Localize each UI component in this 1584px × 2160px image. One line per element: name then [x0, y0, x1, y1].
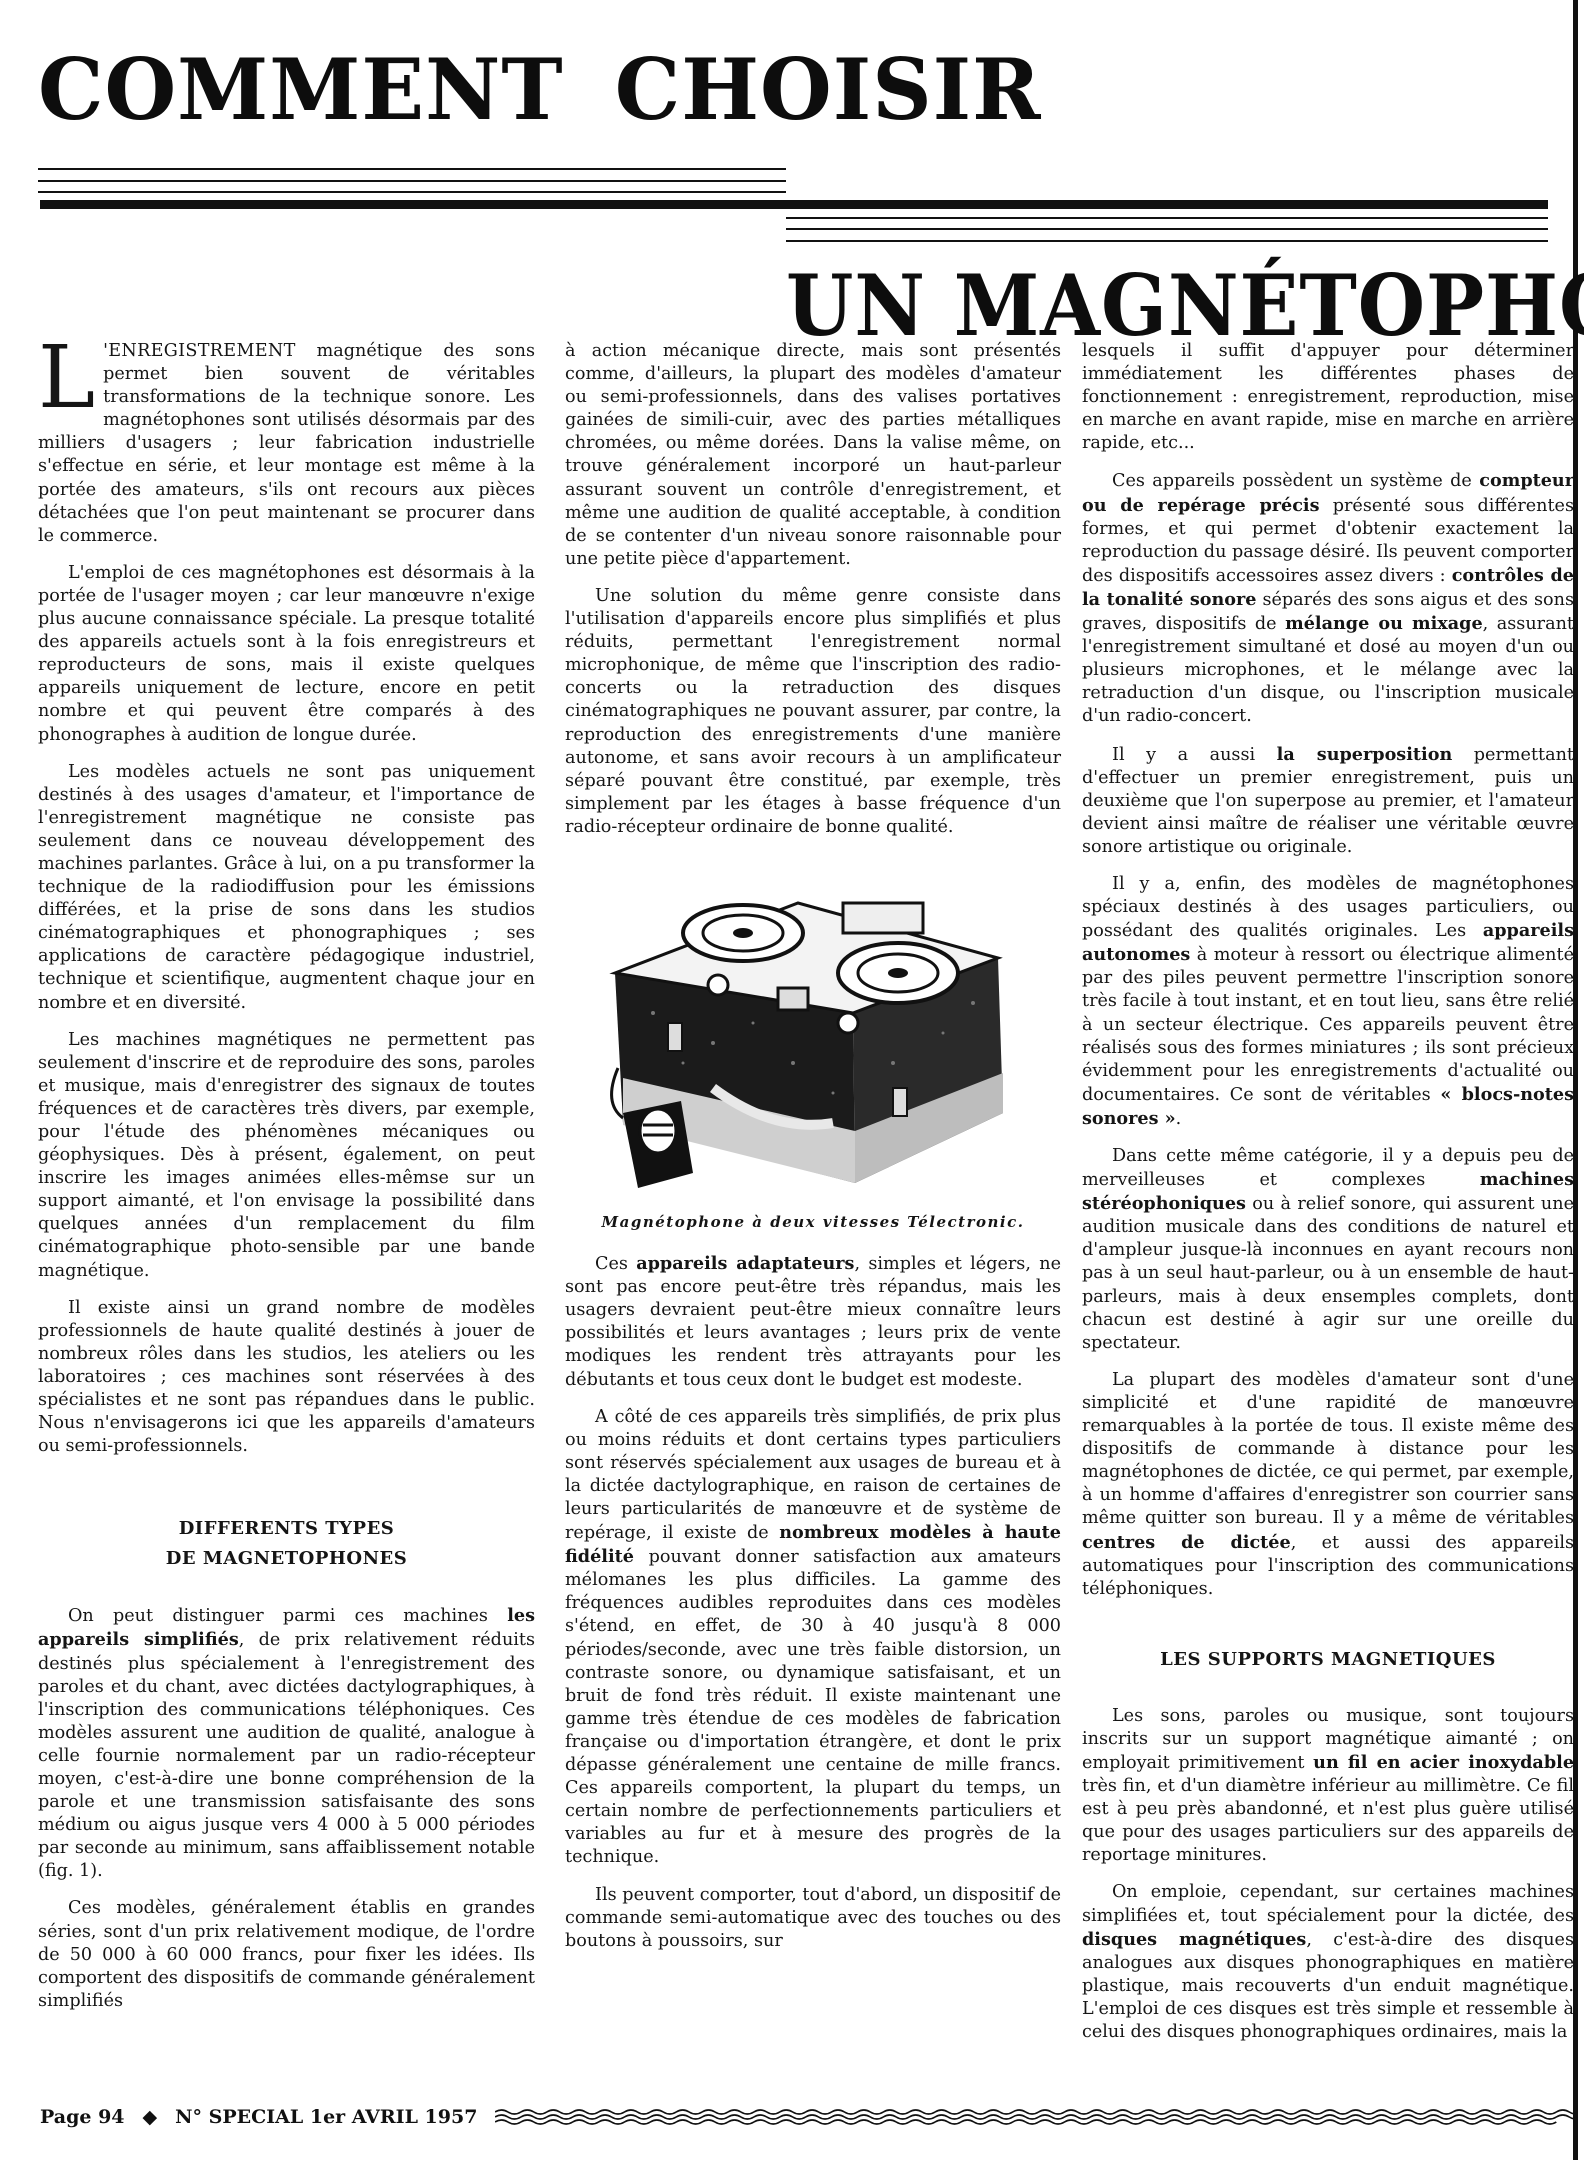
- paragraph: Il existe ainsi un grand nombre de modèl…: [38, 1297, 535, 1459]
- figure-caption: Magnétophone à deux vitesses Télectronic…: [565, 1211, 1061, 1234]
- figure: Magnétophone à deux vitesses Télectronic…: [565, 863, 1061, 1234]
- section-heading-line: DE MAGNETOPHONES: [38, 1544, 535, 1574]
- text: Ces: [595, 1254, 636, 1274]
- header-rule-left-1: [38, 168, 786, 170]
- paragraph: Ces appareils adaptateurs, simples et lé…: [565, 1252, 1061, 1392]
- header-rule-left-2: [38, 180, 786, 182]
- magazine-page: COMMENT CHOISIR UN MAGNÉTOPHONE L'ENREGI…: [0, 0, 1584, 2160]
- paragraph-intro: L'ENREGISTREMENT magnétique des sons per…: [38, 340, 535, 548]
- page-footer: Page 94 ◆ N° SPECIAL 1er AVRIL 1957: [40, 2100, 1574, 2134]
- emphasis: appareils adaptateurs: [636, 1253, 854, 1274]
- paragraph: Les machines magnétiques ne permettent p…: [38, 1029, 535, 1283]
- paragraph: Ces modèles, généralement établis en gra…: [38, 1897, 535, 2012]
- paragraph: Il y a, enfin, des modèles de magnétopho…: [1082, 873, 1574, 1131]
- text: pouvant donner satisfaction aux amateurs…: [565, 1547, 1061, 1867]
- paragraph: à action mécanique directe, mais sont pr…: [565, 340, 1061, 571]
- header-rule-right-2: [786, 228, 1548, 230]
- emphasis: la superposition: [1277, 744, 1453, 765]
- emphasis: mélange ou mixage: [1285, 613, 1483, 634]
- text: ou à relief sonore, qui assurent une aud…: [1082, 1194, 1574, 1353]
- paragraph: Les modèles actuels ne sont pas uniqueme…: [38, 761, 535, 1015]
- header-rule-right-3: [786, 240, 1548, 242]
- header-rule-left-3: [38, 191, 786, 193]
- paragraph: On peut distinguer parmi ces machines le…: [38, 1604, 535, 1883]
- text: On peut distinguer parmi ces machines: [68, 1606, 507, 1626]
- paragraph: L'emploi de ces magnétophones est désorm…: [38, 562, 535, 747]
- section-heading-types: DIFFERENTS TYPES DE MAGNETOPHONES: [38, 1514, 535, 1574]
- text: .: [1176, 1109, 1182, 1129]
- paragraph: Ils peuvent comporter, tout d'abord, un …: [565, 1884, 1061, 1953]
- text: Ces appareils possèdent un système de: [1112, 471, 1479, 491]
- text: Il y a aussi: [1112, 745, 1277, 765]
- header-rule-right-1: [786, 217, 1548, 219]
- article-column-3: lesquels il suffit d'appuyer pour déterm…: [1082, 340, 1574, 2058]
- tape-recorder-illustration-icon: [593, 863, 1033, 1203]
- text: à moteur à ressort ou électrique aliment…: [1082, 945, 1574, 1105]
- issue-date: N° SPECIAL 1er AVRIL 1957: [175, 2106, 477, 2128]
- drop-cap: L: [38, 344, 95, 412]
- paragraph: Ces appareils possèdent un système de co…: [1082, 469, 1574, 728]
- paragraph: La plupart des modèles d'amateur sont d'…: [1082, 1369, 1574, 1601]
- header-rule-thick: [40, 200, 1548, 209]
- paragraph-text: magnétique des sons permet bien souvent …: [38, 341, 535, 546]
- article-column-1: L'ENREGISTREMENT magnétique des sons per…: [38, 340, 535, 2027]
- paragraph: lesquels il suffit d'appuyer pour déterm…: [1082, 340, 1574, 455]
- paragraph: On emploie, cependant, sur certaines mac…: [1082, 1881, 1574, 2044]
- section-heading-supports: LES SUPPORTS MAGNETIQUES: [1082, 1645, 1574, 1675]
- paragraph: Dans cette même catégorie, il y a depuis…: [1082, 1145, 1574, 1355]
- lead-in-caps: 'ENREGISTREMENT: [103, 341, 296, 361]
- paragraph: Il y a aussi la superposition permettant…: [1082, 743, 1574, 859]
- emphasis: disques magnétiques: [1082, 1929, 1306, 1950]
- diamond-icon: ◆: [143, 2106, 158, 2128]
- page-number: Page 94: [40, 2106, 125, 2128]
- article-column-2: à action mécanique directe, mais sont pr…: [565, 340, 1061, 1967]
- headline-line1: COMMENT CHOISIR: [38, 40, 1042, 139]
- emphasis: un fil en acier inoxydable: [1313, 1752, 1574, 1773]
- wavy-rule-ornament: [495, 2108, 1574, 2126]
- emphasis: centres de dictée: [1082, 1532, 1291, 1553]
- section-heading-line: DIFFERENTS TYPES: [38, 1514, 535, 1544]
- text: , de prix relativement réduits destinés …: [38, 1630, 535, 1881]
- text: , simples et légers, ne sont pas encore …: [565, 1254, 1061, 1389]
- text: La plupart des modèles d'amateur sont d'…: [1082, 1370, 1574, 1529]
- paragraph: Les sons, paroles ou musique, sont toujo…: [1082, 1705, 1574, 1868]
- text: très fin, et d'un diamètre inférieur au …: [1082, 1776, 1574, 1865]
- text: On emploie, cependant, sur certaines mac…: [1082, 1882, 1574, 1925]
- paragraph: Une solution du même genre consiste dans…: [565, 585, 1061, 839]
- paragraph: A côté de ces appareils très simplifiés,…: [565, 1406, 1061, 1870]
